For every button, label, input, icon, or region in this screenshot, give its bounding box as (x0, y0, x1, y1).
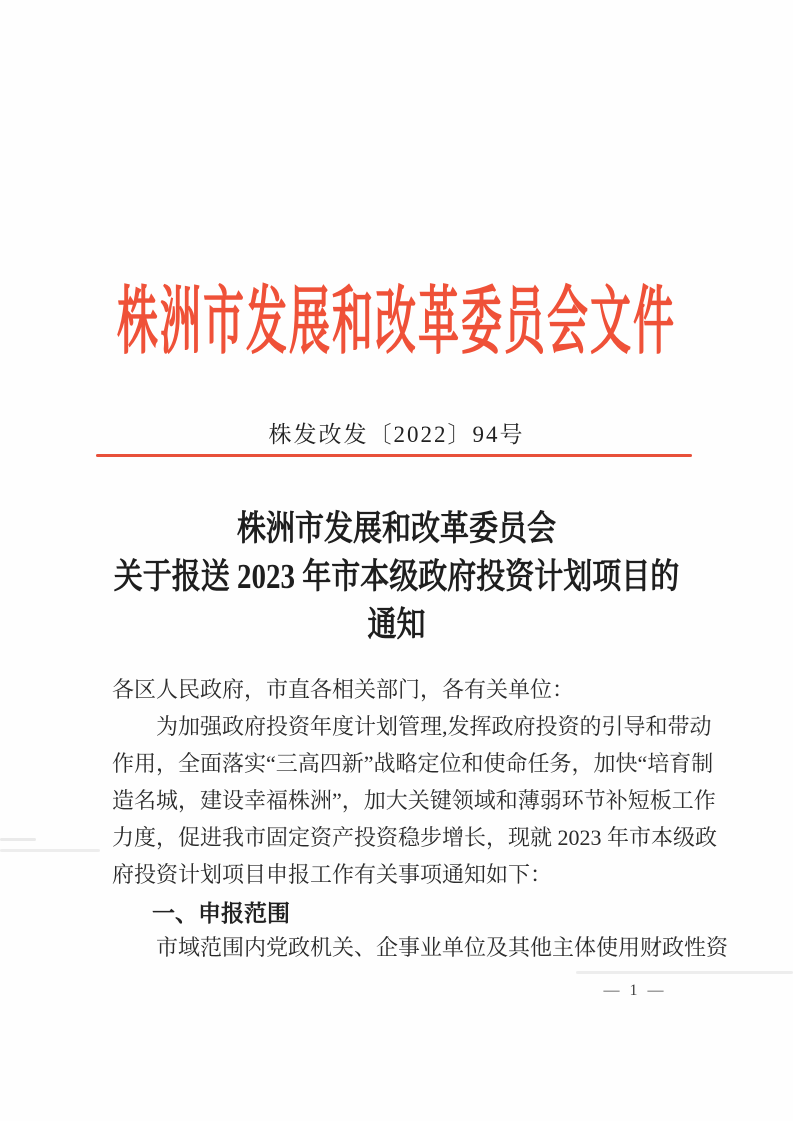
page-number: — 1 — (555, 982, 715, 1000)
scan-artifact-streak (0, 849, 100, 852)
paragraph-1-line-3: 造名城，建设幸福株洲”，加大关键领域和薄弱环节补短板工作 (112, 782, 712, 819)
paragraph-1-line-4: 力度，促进我市固定资产投资稳步增长，现就 2023 年市本级政 (112, 819, 712, 856)
paragraph-1-line-1: 为加强政府投资年度计划管理,发挥政府投资的引导和带动 (112, 708, 712, 745)
salutation-line: 各区人民政府，市直各相关部门，各有关单位： (112, 671, 712, 708)
paragraph-1: 为加强政府投资年度计划管理,发挥政府投资的引导和带动 作用，全面落实“三高四新”… (112, 708, 712, 893)
document-reference-number: 株发改发〔2022〕94号 (0, 416, 793, 449)
scan-artifact-streak (0, 838, 36, 841)
document-title-line-3: 通知 (0, 599, 793, 657)
section-1-body: 市域范围内党政机关、企事业单位及其他主体使用财政性资 (112, 929, 712, 966)
scan-artifact-streak (576, 971, 793, 974)
section-1-heading: 一、申报范围 (112, 894, 290, 932)
scanned-document-page: 株洲市发展和改革委员会文件 株发改发〔2022〕94号 株洲市发展和改革委员会 … (0, 0, 793, 1121)
paragraph-1-line-5: 府投资计划项目申报工作有关事项通知如下： (112, 856, 712, 893)
document-title: 株洲市发展和改革委员会 关于报送 2023 年市本级政府投资计划项目的 通知 (0, 503, 793, 647)
red-divider-rule (96, 454, 692, 457)
section-1-line-1: 市域范围内党政机关、企事业单位及其他主体使用财政性资 (112, 929, 712, 966)
document-banner-title: 株洲市发展和改革委员会文件 (0, 262, 793, 368)
paragraph-1-line-2: 作用，全面落实“三高四新”战略定位和使命任务，加快“培育制 (112, 745, 712, 782)
